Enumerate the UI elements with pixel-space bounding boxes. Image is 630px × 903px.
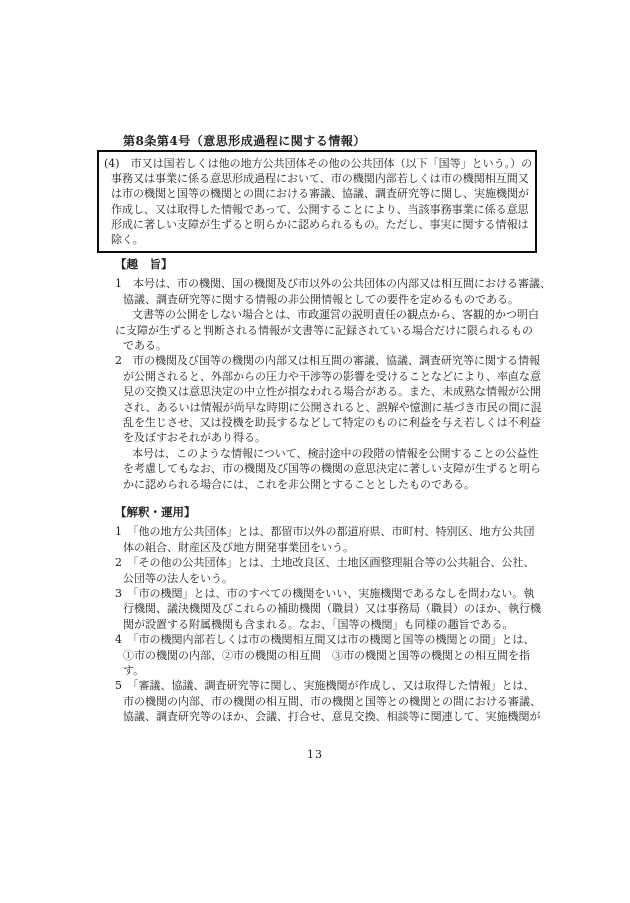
- section-label: 【解釈・運用】: [115, 505, 585, 520]
- text-line: す。: [123, 663, 585, 678]
- box-text-line: 事務又は事業に係る意思形成過程において、市の機関内部若しくは市の機関相互間又: [111, 171, 530, 186]
- text-line: 5 「審議、協議、調査研究等に関し、実施機関が作成し、又は取得した情報」とは、: [115, 678, 585, 693]
- box-text-line: 除く。: [111, 232, 530, 247]
- text-line: 乱を生じさせ、又は投機を助長するなどして特定のものに利益を与え若しくは不利益: [123, 415, 585, 430]
- section-label: 【趣 旨】: [115, 257, 585, 272]
- box-text-line: 作成し、又は取得した情報であって、公開することにより、当該事務事業に係る意思: [111, 202, 530, 217]
- article-text-box: (4) 市又は国若しくは他の地方公共団体その他の公共団体（以下「国等」という。）…: [97, 150, 537, 253]
- text-line: 3 「市の機関」とは、市のすべての機関をいい、実施機関であるなしを問わない。執: [115, 586, 585, 601]
- text-line: 1 「他の地方公共団体」とは、都留市以外の都道府県、市町村、特別区、地方公共団: [115, 524, 585, 539]
- text-line: 4 「市の機関内部若しくは市の機関相互間又は市の機関と国等の機関との間」とは、: [115, 632, 585, 647]
- box-text-line: は市の機関と国等の機関との間における審議、協議、調査研究等に関し、実施機関が: [111, 186, 530, 201]
- text-line: かに認められる場合には、これを非公開とすることとしたものである。: [123, 477, 585, 492]
- text-line: 2 「その他の公共団体」とは、土地改良区、土地区画整理組合等の公共組合、公社、: [115, 555, 585, 570]
- text-line: を及ぼすおそれがあり得る。: [123, 430, 585, 445]
- text-line: 市の機関の内部、市の機関の相互間、市の機関と国等との機関との間における審議、: [123, 694, 585, 709]
- text-line: 体の組合、財産区及び地方開発事業団をいう。: [123, 540, 585, 555]
- text-line: 協議、調査研究等のほか、会議、打合せ、意見交換、相談等に関連して、実施機関が: [123, 709, 585, 724]
- text-line: 行機関、議決機関及びこれらの補助機関（職員）又は事務局（職員）のほか、執行機: [123, 601, 585, 616]
- text-line: である。: [123, 338, 585, 353]
- document-page: 第8条第4号（意思形成過程に関する情報） (4) 市又は国若しくは他の地方公共団…: [0, 0, 630, 903]
- text-line: 関が設置する附属機関も含まれる。なお、「国等の機関」も同様の趣旨である。: [123, 617, 585, 632]
- text-line: が公開されると、外部からの圧力や干渉等の影響を受けることなどにより、率直な意: [123, 369, 585, 384]
- section-shushi: 【趣 旨】 1 本号は、市の機関、国の機関及び市以外の公共団体の内部又は相互間に…: [115, 257, 585, 492]
- section-kaishaku: 【解釈・運用】 1 「他の地方公共団体」とは、都留市以外の都道府県、市町村、特別…: [115, 505, 585, 725]
- text-line: 見の交換又は意思決定の中立性が損なわれる場合がある。また、未成熟な情報が公開: [123, 384, 585, 399]
- text-line: 本号は、このような情報について、検討途中の段階の情報を公開することの公益性: [132, 446, 585, 461]
- text-line: 文書等の公開をしない場合とは、市政運営の説明責任の観点から、客観的かつ明白: [132, 307, 585, 322]
- text-line: 協議、調査研究等に関する情報の非公開情報としての要件を定めるものである。: [123, 292, 585, 307]
- text-line: 1 本号は、市の機関、国の機関及び市以外の公共団体の内部又は相互間における審議、: [115, 276, 585, 291]
- text-line: に支障が生ずると判断される情報が文書等に記録されている場合だけに限られるもの: [115, 323, 585, 338]
- article-heading: 第8条第4号（意思形成過程に関する情報）: [123, 132, 366, 149]
- text-line: を考慮してもなお、市の機関及び国等の機関の意思決定に著しい支障が生ずると明ら: [123, 461, 585, 476]
- text-line: ①市の機関の内部、②市の機関の相互間 ③市の機関と国等の機関との相互間を指: [123, 648, 585, 663]
- text-line: 2 市の機関及び国等の機関の内部又は相互間の審議、協議、調査研究等に関する情報: [115, 353, 585, 368]
- box-text-line: 形成に著しい支障が生ずると明らかに認められるもの。ただし、事実に関する情報は: [111, 217, 530, 232]
- page-number: 13: [0, 748, 630, 761]
- section-lines: 1 本号は、市の機関、国の機関及び市以外の公共団体の内部又は相互間における審議、…: [115, 276, 585, 492]
- text-line: され、あるいは情報が尚早な時期に公開されると、誤解や憶測に基づき市民の間に混: [123, 400, 585, 415]
- box-text-line: (4) 市又は国若しくは他の地方公共団体その他の公共団体（以下「国等」という。）…: [104, 156, 530, 171]
- section-lines: 1 「他の地方公共団体」とは、都留市以外の都道府県、市町村、特別区、地方公共団体…: [115, 524, 585, 724]
- text-line: 公団等の法人をいう。: [123, 571, 585, 586]
